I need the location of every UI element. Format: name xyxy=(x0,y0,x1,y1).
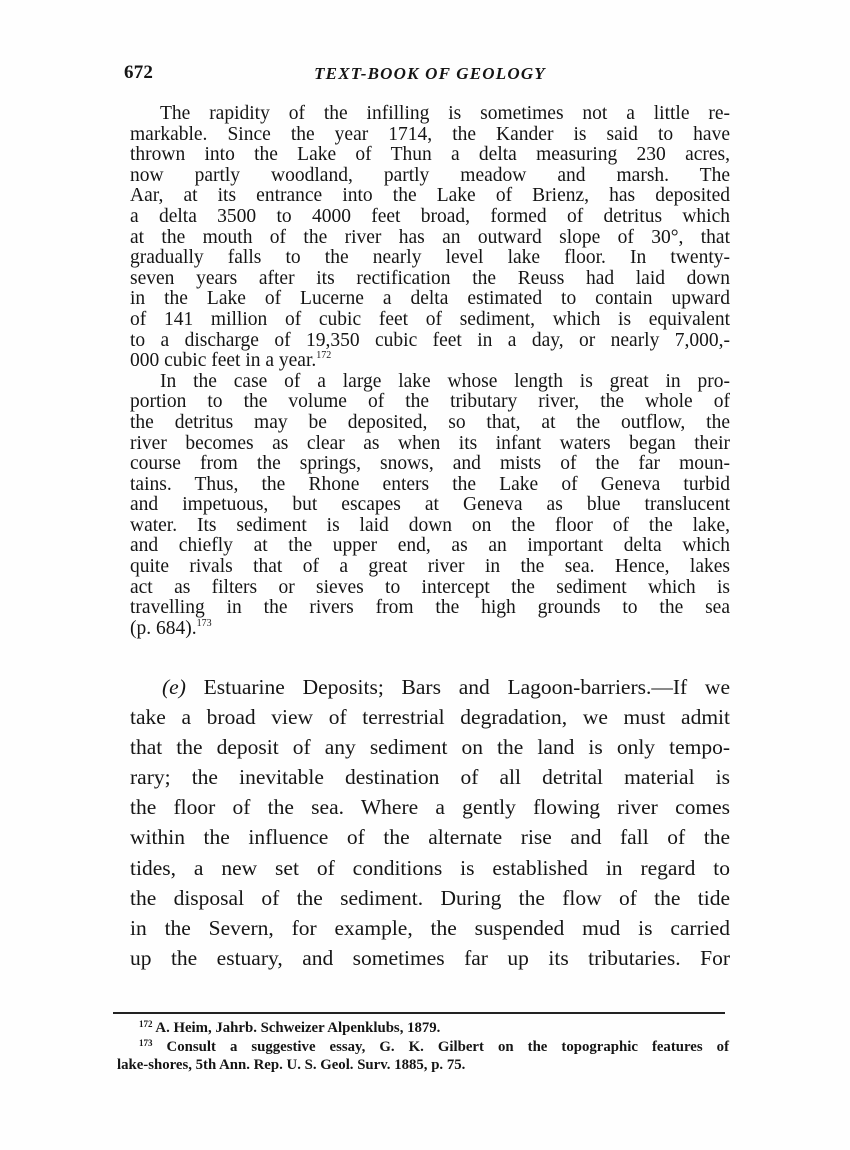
text-line: seven years after its rectification the … xyxy=(130,269,730,290)
text-fragment: (p. 684). xyxy=(130,618,197,639)
footnote-172: 172 A. Heim, Jahrb. Schweizer Alpenklubs… xyxy=(117,1019,729,1038)
text-line: In the case of a large lake whose length… xyxy=(130,372,730,393)
text-line: now partly woodland, partly meadow and m… xyxy=(130,166,730,187)
section-label: (e) xyxy=(162,675,186,699)
text-line: and chiefly at the upper end, as an impo… xyxy=(130,536,730,557)
text-line: in the Severn, for example, the suspende… xyxy=(130,913,730,943)
footnote-text: Consult a suggestive essay, G. K. Gilber… xyxy=(153,1039,730,1055)
book-page: 672 TEXT-BOOK OF GEOLOGY The rapidity of… xyxy=(0,0,850,1150)
text-line-last: (p. 684).173 xyxy=(130,619,730,640)
section-heading: Estuarine Deposits; Bars and Lagoon-barr… xyxy=(186,675,730,699)
footnote-number: 173 xyxy=(139,1038,153,1048)
text-line: travelling in the rivers from the high g… xyxy=(130,598,730,619)
footnote-173-continuation: lake-shores, 5th Ann. Rep. U. S. Geol. S… xyxy=(117,1056,729,1075)
running-head: TEXT-BOOK OF GEOLOGY xyxy=(130,64,730,84)
text-line: rary; the inevitable destination of all … xyxy=(130,762,730,792)
text-line: course from the springs, snows, and mist… xyxy=(130,454,730,475)
text-fragment: 000 cubic feet in a year. xyxy=(130,350,316,371)
text-line: at the mouth of the river has an outward… xyxy=(130,228,730,249)
text-line: to a discharge of 19,350 cubic feet in a… xyxy=(130,331,730,352)
text-line: Aar, at its entrance into the Lake of Br… xyxy=(130,186,730,207)
text-line: gradually falls to the nearly level lake… xyxy=(130,248,730,269)
text-line: up the estuary, and sometimes far up its… xyxy=(130,943,730,973)
text-line: the floor of the sea. Where a gently flo… xyxy=(130,792,730,822)
text-line: take a broad view of terrestrial degrada… xyxy=(130,702,730,732)
text-line: of 141 million of cubic feet of sediment… xyxy=(130,310,730,331)
section-estuarine-deposits: (e) Estuarine Deposits; Bars and Lagoon-… xyxy=(130,672,730,973)
text-line: tains. Thus, the Rhone enters the Lake o… xyxy=(130,475,730,496)
text-line-last: 000 cubic feet in a year.172 xyxy=(130,351,730,372)
text-line: markable. Since the year 1714, the Kande… xyxy=(130,125,730,146)
text-line: and impetuous, but escapes at Geneva as … xyxy=(130,495,730,516)
text-line: The rapidity of the infilling is sometim… xyxy=(130,104,730,125)
text-line: the detritus may be deposited, so that, … xyxy=(130,413,730,434)
footnotes: 172 A. Heim, Jahrb. Schweizer Alpenklubs… xyxy=(117,1019,729,1075)
text-line: portion to the volume of the tributary r… xyxy=(130,392,730,413)
text-line: water. Its sediment is laid down on the … xyxy=(130,516,730,537)
text-line: a delta 3500 to 4000 feet broad, formed … xyxy=(130,207,730,228)
text-line: within the influence of the alternate ri… xyxy=(130,822,730,852)
footnote-number: 172 xyxy=(139,1019,153,1029)
text-line: river becomes as clear as when its infan… xyxy=(130,434,730,455)
footnote-divider xyxy=(113,1012,725,1014)
text-line: that the deposit of any sediment on the … xyxy=(130,732,730,762)
text-line: in the Lake of Lucerne a delta estimated… xyxy=(130,289,730,310)
footnote-ref-172[interactable]: 172 xyxy=(316,350,331,361)
paragraph-infilling: The rapidity of the infilling is sometim… xyxy=(130,104,730,639)
footnote-ref-173[interactable]: 173 xyxy=(197,618,212,629)
text-line: the disposal of the sediment. During the… xyxy=(130,883,730,913)
text-line: act as filters or sieves to intercept th… xyxy=(130,578,730,599)
section-heading-line: (e) Estuarine Deposits; Bars and Lagoon-… xyxy=(130,672,730,702)
footnote-173: 173 Consult a suggestive essay, G. K. Gi… xyxy=(117,1038,729,1057)
text-line: quite rivals that of a great river in th… xyxy=(130,557,730,578)
text-line: thrown into the Lake of Thun a delta mea… xyxy=(130,145,730,166)
footnote-text: A. Heim, Jahrb. Schweizer Alpenklubs, 18… xyxy=(153,1020,441,1036)
text-line: tides, a new set of conditions is establ… xyxy=(130,853,730,883)
